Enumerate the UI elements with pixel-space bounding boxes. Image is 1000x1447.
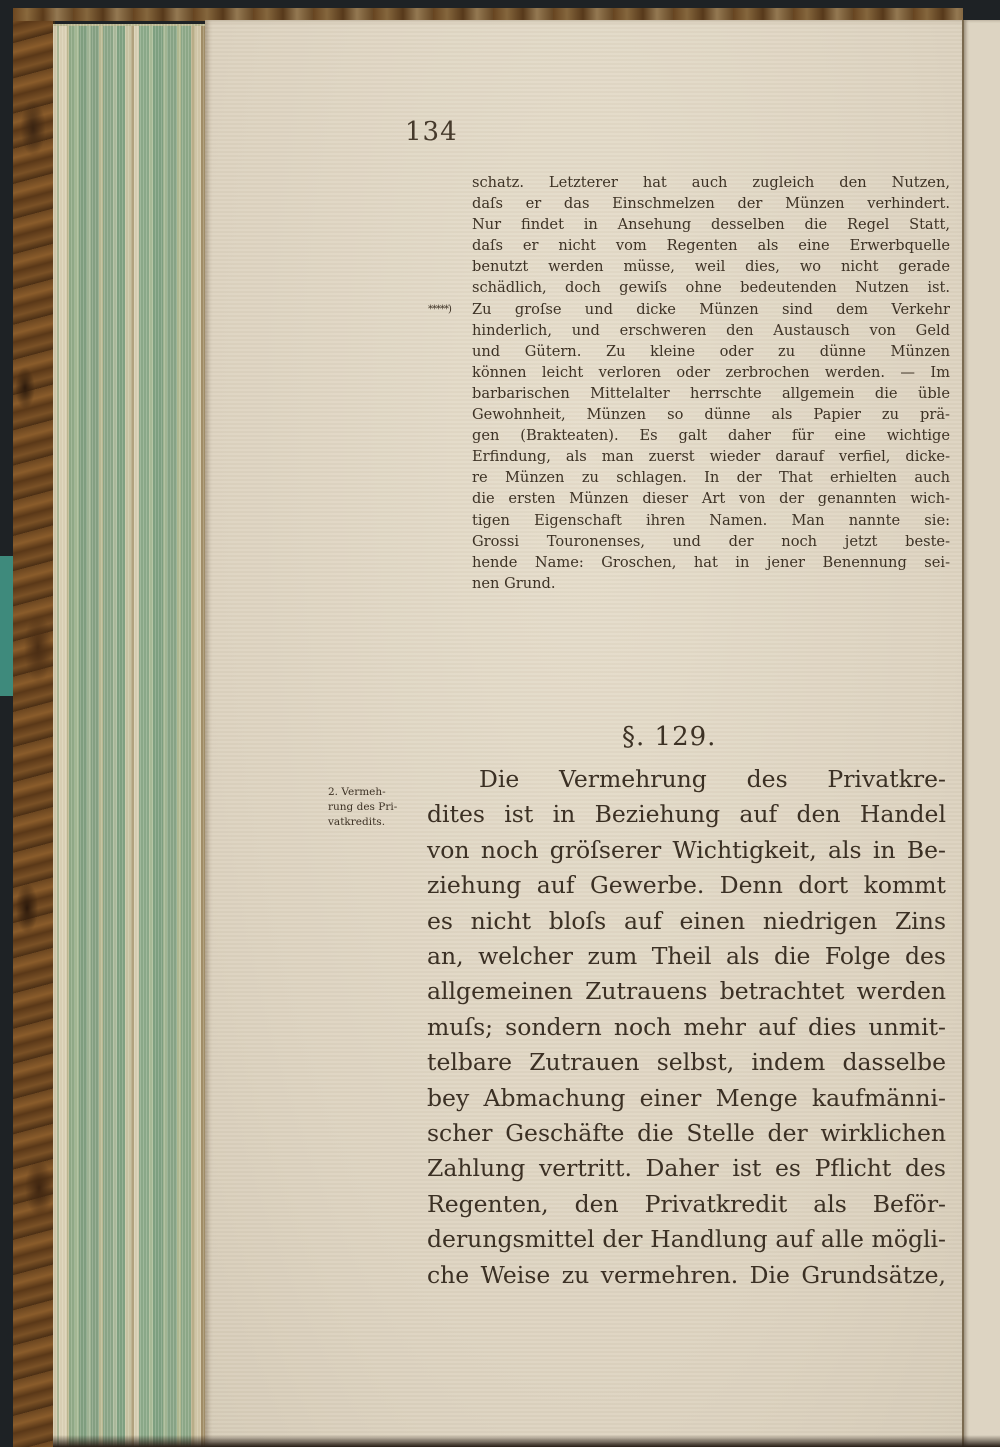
body-line: Regenten, den Privatkredit als Beför- xyxy=(427,1187,946,1222)
body-line: bey Abmachung einer Menge kaufmänni- xyxy=(427,1081,946,1116)
body-line: che Weise zu vermehren. Die Grundsätze, xyxy=(427,1258,946,1293)
body-line: muſs; sondern noch mehr auf dies unmit- xyxy=(427,1010,946,1045)
footnote-line: schatz. Letzterer hat auch zugleich den … xyxy=(472,172,950,193)
body-line: allgemeinen Zutrauens betrachtet werden xyxy=(427,974,946,1009)
body-line: ziehung auf Gewerbe. Denn dort kommt xyxy=(427,868,946,903)
footnote-line: tigen Eigenschaft ihren Namen. Man nannt… xyxy=(472,510,950,531)
footnote-line: die ersten Münzen dieser Art von der gen… xyxy=(472,488,950,509)
footnote-line: hende Name: Groschen, hat in jener Benen… xyxy=(472,552,950,573)
footnote-line: hinderlich, und erschweren den Austausch… xyxy=(472,320,950,341)
footnote-line: re Münzen zu schlagen. In der That erhie… xyxy=(472,467,950,488)
body-line: Zahlung vertritt. Daher ist es Pflicht d… xyxy=(427,1151,946,1186)
page-edges-texture xyxy=(53,24,205,1447)
bottom-edge-shadow xyxy=(53,1435,1000,1447)
left-tab-strip xyxy=(0,556,13,696)
body-line: an, welcher zum Theil als die Folge des xyxy=(427,939,946,974)
footnote-line: barbarischen Mittelalter herrschte allge… xyxy=(472,383,950,404)
footnote-line-text: Zu groſse und dicke Münzen sind dem Verk… xyxy=(472,301,950,318)
footnote-line: Gewohnheit, Münzen so dünne als Papier z… xyxy=(472,404,950,425)
marbled-cover-spine xyxy=(13,8,55,1447)
footnote-line: schädlich, doch gewiſs ohne bedeutenden … xyxy=(472,277,950,298)
footnote-line: benutzt werden müsse, weil dies, wo nich… xyxy=(472,256,950,277)
footnote-line: gen (Brakteaten). Es galt daher für eine… xyxy=(472,425,950,446)
margin-note-line: 2. Vermeh- xyxy=(328,785,408,800)
body-line: von noch gröſserer Wichtigkeit, als in B… xyxy=(427,833,946,868)
margin-note-line: vatkredits. xyxy=(328,815,408,830)
book-scan: 134 schatz. Letzterer hat auch zugleich … xyxy=(0,0,1000,1447)
footnote-line: Grossi Touronenses, und der noch jetzt b… xyxy=(472,531,950,552)
footnote-line: können leicht verloren oder zerbrochen w… xyxy=(472,362,950,383)
footnote-line: daſs er das Einschmelzen der Münzen verh… xyxy=(472,193,950,214)
body-line: scher Geschäfte die Stelle der wirkliche… xyxy=(427,1116,946,1151)
body-line: telbare Zutrauen selbst, indem dasselbe xyxy=(427,1045,946,1080)
margin-note: 2. Vermeh- rung des Pri- vatkredits. xyxy=(328,785,408,830)
body-line: Die Vermehrung des Privatkre- xyxy=(427,762,946,797)
footnote-line: und Gütern. Zu kleine oder zu dünne Münz… xyxy=(472,341,950,362)
margin-note-line: rung des Pri- xyxy=(328,800,408,815)
footnote-marker: *****) xyxy=(428,299,451,320)
section-body: Die Vermehrung des Privatkre- dites ist … xyxy=(427,762,946,1293)
page-number: 134 xyxy=(405,117,458,147)
footnote-block: schatz. Letzterer hat auch zugleich den … xyxy=(472,172,950,594)
footnote-line: Erfindung, als man zuerst wieder darauf … xyxy=(472,446,950,467)
footnote-line: Nur findet in Ansehung desselben die Reg… xyxy=(472,214,950,235)
body-line: dites ist in Beziehung auf den Handel xyxy=(427,797,946,832)
section-heading: §. 129. xyxy=(622,722,716,752)
body-line: derungsmittel der Handlung auf alle mögl… xyxy=(427,1222,946,1257)
footnote-line: nen Grund. xyxy=(472,573,950,594)
footnote-line: *****) Zu groſse und dicke Münzen sind d… xyxy=(472,299,950,320)
footnote-line: daſs er nicht vom Regenten als eine Erwe… xyxy=(472,235,950,256)
facing-page-edge xyxy=(962,20,1000,1447)
body-line: es nicht bloſs auf einen niedrigen Zins xyxy=(427,904,946,939)
